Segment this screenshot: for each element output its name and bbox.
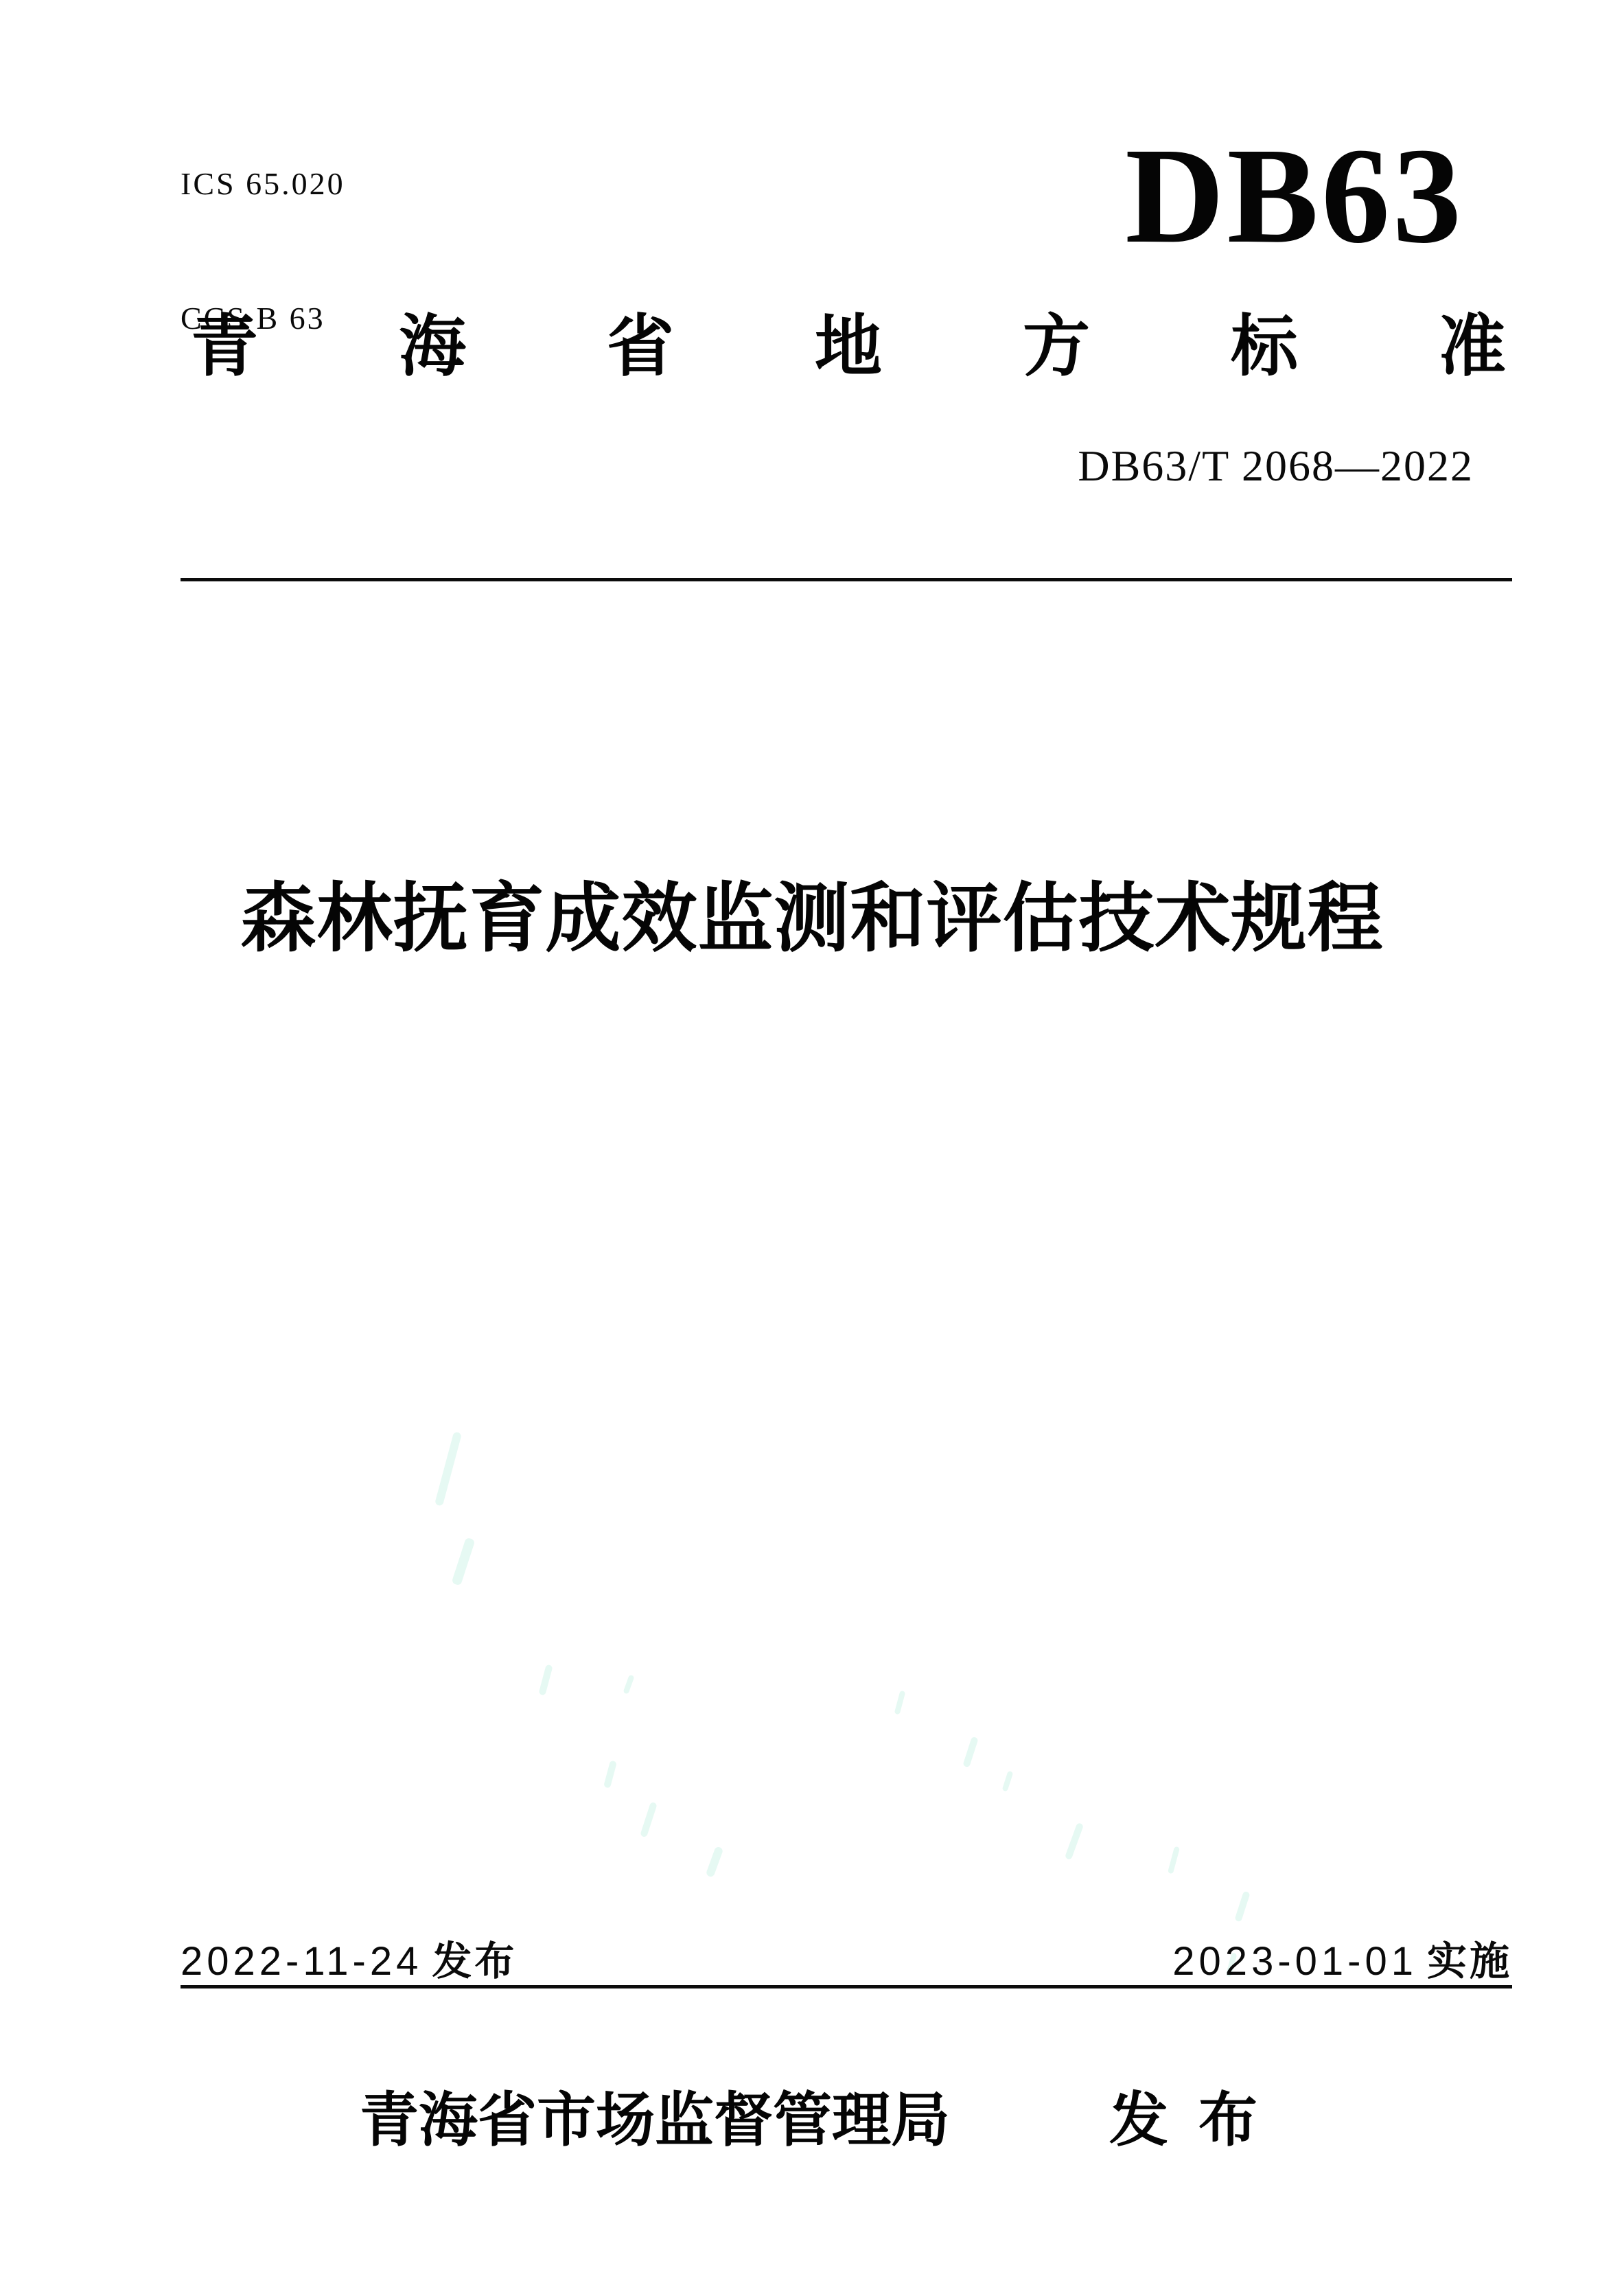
- publish-label: 发 布: [1109, 2089, 1264, 2151]
- standard-type-heading: 青海省地方标准: [191, 308, 1506, 385]
- scan-artifact: [962, 1737, 978, 1768]
- header-divider-rule: [181, 578, 1512, 581]
- publisher-name: 青海省市场监督管理局: [360, 2089, 950, 2151]
- implement-date-group: 2023-01-01 实施: [1172, 1941, 1512, 1983]
- scan-artifact: [452, 1538, 476, 1586]
- scan-artifact: [434, 1431, 462, 1506]
- db63-logo: DB63: [1125, 128, 1464, 265]
- publisher-row: 青海省市场监督管理局 发 布: [0, 2089, 1624, 2151]
- release-date: 2022-11-24: [181, 1941, 422, 1983]
- scan-artifact: [640, 1802, 658, 1838]
- ics-code: ICS 65.020: [181, 161, 345, 206]
- implement-date: 2023-01-01: [1172, 1941, 1417, 1983]
- scan-artifact: [623, 1674, 634, 1694]
- scan-artifact: [1168, 1846, 1180, 1875]
- scan-artifact: [894, 1691, 906, 1715]
- scan-artifact: [1002, 1770, 1014, 1791]
- standard-number: DB63/T 2068—2022: [1078, 442, 1474, 490]
- scan-artifact: [1234, 1891, 1250, 1923]
- scan-artifact: [538, 1664, 553, 1695]
- scan-artifact: [706, 1846, 724, 1877]
- implement-label: 实施: [1427, 1941, 1512, 1983]
- release-date-group: 2022-11-24 发布: [181, 1941, 517, 1983]
- scan-artifact: [603, 1760, 617, 1788]
- date-row: 2022-11-24 发布 2023-01-01 实施: [181, 1941, 1512, 1983]
- footer-divider-rule: [181, 1985, 1512, 1988]
- release-label: 发布: [432, 1941, 517, 1983]
- document-title: 森林抚育成效监测和评估技术规程: [0, 876, 1624, 963]
- standard-cover-page: ICS 65.020 CCS B 63 DB63 青海省地方标准 DB63/T …: [0, 0, 1624, 2296]
- scan-artifact: [1065, 1822, 1084, 1860]
